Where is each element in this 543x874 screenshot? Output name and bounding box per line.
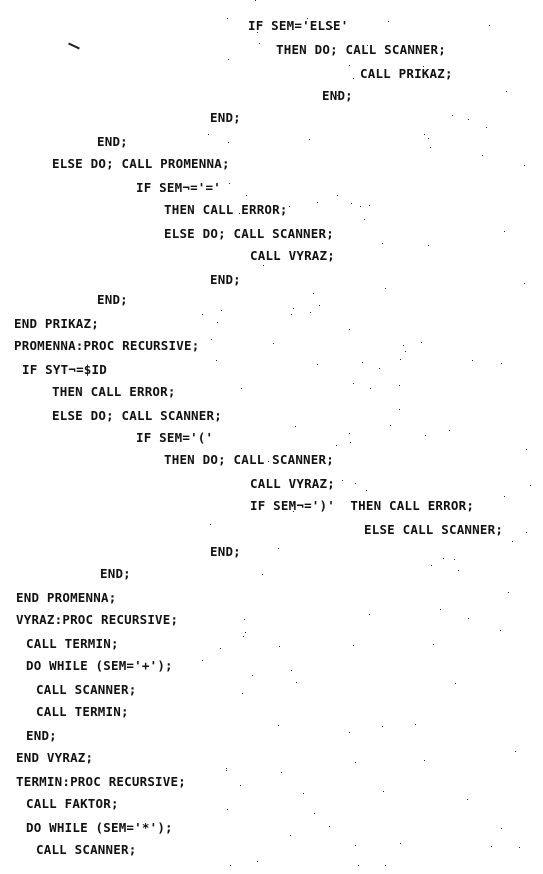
scan-speck [364,219,365,220]
scan-speck [210,524,211,525]
scan-speck [491,846,492,847]
code-line: IF SYT¬=$ID [22,362,107,378]
scan-speck [242,693,243,694]
scan-speck [530,485,531,486]
code-line: VYRAZ:PROC RECURSIVE; [16,612,178,628]
code-line: CALL VYRAZ; [250,476,335,492]
scan-speck [489,25,490,26]
scan-speck [295,426,296,427]
code-line: END; [210,110,241,126]
scan-speck [405,351,406,352]
scan-speck [351,203,352,204]
scan-speck [317,364,318,365]
scan-speck [230,865,231,866]
code-line: END PROMENNA; [16,590,116,606]
scan-speck [278,548,279,549]
scan-speck [515,751,516,752]
code-line: END PRIKAZ; [14,316,99,332]
scan-speck [526,532,527,533]
scan-speck [312,24,313,25]
code-line: CALL SCANNER; [36,682,136,698]
scan-speck [501,828,502,829]
code-line: CALL PRIKAZ; [360,66,453,82]
code-line: END; [97,134,128,150]
scan-speck [226,768,227,769]
scan-speck [382,243,383,244]
scan-speck [524,165,525,166]
scan-speck [227,18,228,19]
code-line: THEN CALL ERROR; [52,384,176,400]
scan-speck [353,383,354,384]
scan-speck [349,433,350,434]
code-line: PROMENNA:PROC RECURSIVE; [14,338,199,354]
code-line: END VYRAZ; [16,750,93,766]
scan-speck [349,732,350,733]
scan-speck [244,619,245,620]
scan-speck [355,845,356,846]
scan-speck [329,826,330,827]
code-line: ELSE CALL SCANNER; [364,522,503,538]
scan-speck [289,206,290,207]
scan-speck [452,115,453,116]
scan-speck [240,785,241,786]
scan-speck [486,127,487,128]
scan-speck [279,646,280,647]
scan-speck [412,75,413,76]
scan-speck [353,78,354,79]
scan-speck [259,43,260,44]
scan-speck [349,329,350,330]
scan-speck [508,592,509,593]
scan-speck [482,155,483,156]
scan-speck [228,59,229,60]
scan-speck [385,288,386,289]
scan-speck [281,772,282,773]
scan-speck [449,430,450,431]
code-line: DO WHILE (SEM='*'); [26,820,173,836]
scan-speck [291,670,292,671]
scan-speck [424,134,425,135]
scan-speck [423,66,424,67]
scan-speck [385,865,386,866]
scan-speck [278,258,279,259]
scan-speck [512,541,513,542]
scan-speck [202,660,203,661]
code-line: END; [210,544,241,560]
code-line: END; [97,292,128,308]
scan-speck [349,65,350,66]
scan-speck [519,847,520,848]
code-line: IF SEM¬='=' [136,180,221,196]
scan-speck [472,360,473,361]
code-line: IF SEM¬=')' THEN CALL ERROR; [250,498,474,514]
scan-speck [263,265,264,266]
scan-speck [421,342,422,343]
scan-speck [390,425,391,426]
scan-speck [228,142,229,143]
code-line: END; [322,88,353,104]
scan-speck [293,308,294,309]
code-line: TERMIN:PROC RECURSIVE; [16,774,186,790]
scan-speck [425,435,426,436]
scan-speck [383,791,384,792]
scan-speck [319,305,320,306]
scan-speck [257,861,258,862]
scan-speck [290,835,291,836]
code-line: THEN DO; CALL SCANNER; [276,42,446,58]
code-line: END; [26,728,57,744]
scan-speck [468,618,469,619]
scan-speck [252,675,253,676]
scan-speck [399,385,400,386]
scan-speck [431,565,432,566]
scan-speck [388,21,389,22]
scan-speck [428,138,429,139]
scan-speck [526,449,527,450]
scan-speck [400,359,401,360]
scan-speck [501,363,502,364]
scan-speck [313,293,314,294]
scan-speck [400,843,401,844]
code-line: ELSE DO; CALL SCANNER; [164,226,334,242]
scan-speck [379,368,380,369]
scan-speck [303,793,304,794]
scan-speck [403,345,404,346]
scan-speck [262,574,263,575]
code-line: ELSE DO; CALL SCANNER; [52,408,222,424]
scan-speck [362,362,363,363]
scan-speck [336,445,337,446]
scan-speck [360,206,361,207]
code-line: CALL TERMIN; [26,636,119,652]
scan-speck [227,809,228,810]
scan-speck [293,511,294,512]
scan-speck [229,183,230,184]
scan-speck [415,724,416,725]
scan-speck [245,632,246,633]
scan-speck [239,213,240,214]
scan-speck [424,760,425,761]
scan-speck [216,360,217,361]
scan-speck [220,648,221,649]
scan-speck [524,283,525,284]
scan-speck [443,558,444,559]
code-line: END; [100,566,131,582]
scan-speck [226,770,227,771]
scan-speck [458,570,459,571]
scan-speck [296,682,297,683]
code-line: CALL TERMIN; [36,704,129,720]
code-line: CALL VYRAZ; [250,248,335,264]
scan-speck [307,18,308,19]
scan-speck [314,813,315,814]
scan-speck [309,139,310,140]
code-line: IF SEM='ELSE' [248,18,348,34]
scan-speck [278,725,279,726]
scan-speck [241,388,242,389]
code-line: ELSE DO; CALL PROMENNA; [52,156,230,172]
code-line: CALL SCANNER; [36,842,136,858]
scan-speck [337,95,338,96]
scan-speck [504,496,505,497]
scan-speck [500,630,501,631]
scan-speck [367,45,368,46]
scan-speck [433,644,434,645]
scan-speck [454,559,455,560]
code-line: THEN CALL ERROR; [164,202,288,218]
scan-speck [291,314,292,315]
scan-speck [467,799,468,800]
code-line: IF SEM='(' [136,430,213,446]
scan-speck [268,461,269,462]
code-line: THEN DO; CALL SCANNER; [164,452,334,468]
scan-speck [342,480,343,481]
scan-speck [202,314,203,315]
scan-speck [358,865,359,866]
scan-speck [430,147,431,148]
code-line: DO WHILE (SEM='+'); [26,658,173,674]
scan-speck [273,343,274,344]
scan-speck [211,339,212,340]
scan-speck [350,442,351,443]
scan-speck [221,310,222,311]
scan-speck [440,609,441,610]
scan-speck [428,245,429,246]
scan-speck [317,202,318,203]
scan-speck [366,490,367,491]
scan-speck [246,195,247,196]
scan-speck [355,483,356,484]
scan-speck [353,645,354,646]
scan-speck [257,32,258,33]
scan-speck [208,134,209,135]
scan-speck [332,27,333,28]
scan-speck [310,312,311,313]
scan-speck [369,205,370,206]
scan-speck [382,726,383,727]
scanned-code-page: IF SEM='ELSE'THEN DO; CALL SCANNER;CALL … [0,0,543,874]
scan-speck [399,409,400,410]
scan-speck [337,195,338,196]
scan-speck [243,636,244,637]
scan-speck [506,91,507,92]
scan-speck [455,683,456,684]
code-line: END; [210,272,241,288]
scan-speck [355,762,356,763]
scan-speck [468,119,469,120]
scan-speck [504,231,505,232]
scan-speck [217,322,218,323]
scan-speck [369,614,370,615]
scan-speck [370,388,371,389]
scan-speck [255,0,256,1]
stray-pen-mark [68,43,80,50]
code-line: CALL FAKTOR; [26,796,119,812]
